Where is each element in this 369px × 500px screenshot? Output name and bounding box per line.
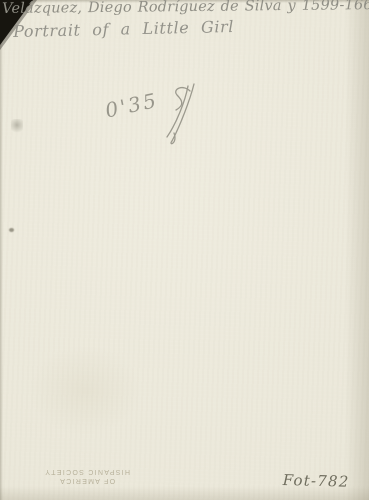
price-annotation: 0'35	[103, 88, 160, 123]
inscription-title-line: Portrait of a Little Girl	[13, 17, 234, 41]
pencil-smudge	[11, 119, 23, 134]
paper-blotch	[10, 330, 160, 450]
photo-verso-page: Velázquez, Diego Rodríguez de Silva y 15…	[0, 0, 369, 500]
collection-stamp: HISPANIC SOCIETY OF AMERICA	[33, 467, 141, 485]
left-edge-shadow	[0, 0, 3, 500]
paper-grain-texture	[0, 0, 369, 500]
right-edge-shadow	[345, 0, 369, 500]
stamp-line-america: OF AMERICA	[33, 476, 141, 485]
paraph-flourish-icon	[163, 82, 199, 146]
paper-speck	[9, 228, 14, 232]
inscription-artist-line: Velázquez, Diego Rodríguez de Silva y 15…	[2, 0, 369, 19]
catalog-number: Fot-782	[283, 471, 350, 491]
stamp-line-society: HISPANIC SOCIETY	[33, 467, 141, 476]
